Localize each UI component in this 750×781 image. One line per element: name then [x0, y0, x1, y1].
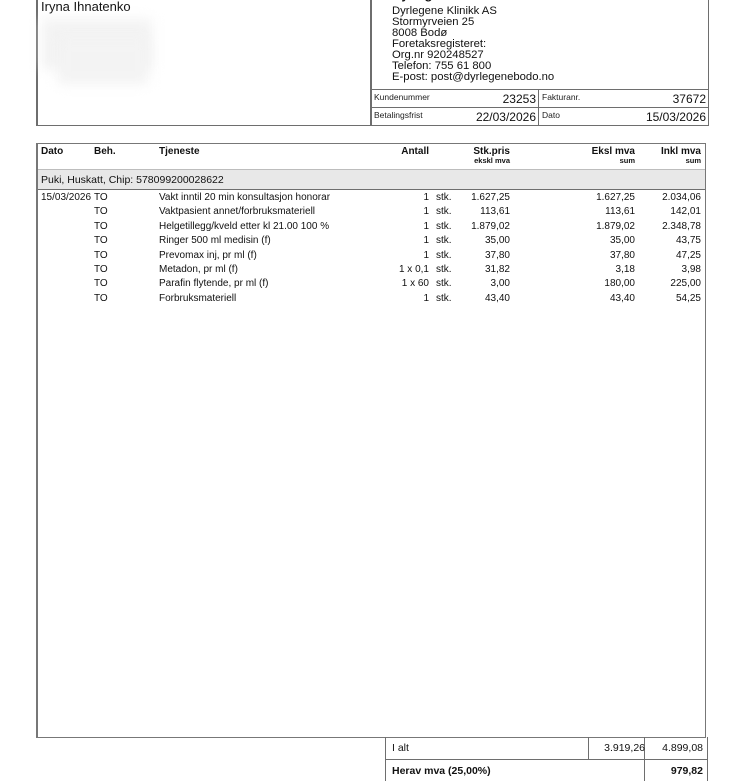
row-qty: 1 [423, 249, 429, 263]
row-beh: TO [94, 277, 108, 291]
row-excl: 1.879,02 [596, 220, 635, 234]
due-date-label: Betalingsfrist [374, 110, 423, 120]
row-incl: 3,98 [682, 263, 701, 277]
table-row: TORinger 500 ml medisin (f)1stk.35,0035,… [38, 234, 705, 248]
row-unit-price: 1.879,02 [471, 220, 510, 234]
row-unit-price: 1.627,25 [471, 191, 510, 205]
clinic-info-box: Dyrlegene Dyrlegene Klinikk AS Stormyrve… [370, 0, 709, 126]
header-incl: Inkl mva sum [661, 146, 701, 165]
row-unit: stk. [436, 220, 452, 234]
patient-group-row: Puki, Huskatt, Chip: 578099200028622 [38, 169, 705, 190]
invoice-items-table: Dato Beh. Tjeneste Antall Stk.pris ekskl… [36, 143, 706, 738]
row-service: Metadon, pr ml (f) [159, 263, 238, 277]
header-date: Dato [41, 146, 63, 157]
customer-number-label: Kundenummer [374, 92, 430, 102]
table-row: TOForbruksmateriell1stk.43,4043,4054,25 [38, 292, 705, 306]
customer-address-box: Iryna Ihnatenko [36, 0, 372, 126]
header-excl: Eksl mva sum [592, 146, 635, 165]
row-excl: 37,80 [610, 249, 635, 263]
header-unit-price: Stk.pris ekskl mva [473, 146, 510, 165]
total-label: I alt [392, 742, 409, 754]
row-qty: 1 x 60 [402, 277, 429, 291]
row-excl: 43,40 [610, 292, 635, 306]
row-excl: 35,00 [610, 234, 635, 248]
row-service: Ringer 500 ml medisin (f) [159, 234, 271, 248]
table-header: Dato Beh. Tjeneste Antall Stk.pris ekskl… [38, 144, 705, 169]
row-excl: 113,61 [605, 205, 635, 219]
table-row: TOVaktpasient annet/forbruksmateriell1st… [38, 205, 705, 219]
row-incl: 2.348,78 [662, 220, 701, 234]
patient-label: Puki, Huskatt, Chip: 578099200028622 [41, 174, 224, 186]
due-date: 22/03/2026 [476, 110, 536, 124]
row-beh: TO [94, 220, 108, 234]
row-incl: 2.034,06 [662, 191, 701, 205]
row-unit: stk. [436, 263, 452, 277]
row-unit-price: 35,00 [485, 234, 510, 248]
invoice-number: 37672 [673, 92, 706, 106]
vat-amount: 979,82 [671, 765, 703, 777]
row-unit-price: 113,61 [480, 205, 510, 219]
clinic-address: Dyrlegene Klinikk AS Stormyrveien 25 800… [392, 6, 554, 83]
row-qty: 1 x 0,1 [399, 263, 429, 277]
vat-label: Herav mva (25,00%) [392, 765, 491, 777]
header-qty: Antall [401, 146, 429, 157]
invoice-date: 15/03/2026 [646, 110, 706, 124]
row-incl: 54,25 [676, 292, 701, 306]
vat-row: Herav mva (25,00%) 979,82 [386, 759, 707, 781]
table-rows: 15/03/2026TOVakt inntil 20 min konsultas… [38, 191, 705, 306]
row-unit-price: 37,80 [485, 249, 510, 263]
row-unit: stk. [436, 277, 452, 291]
total-incl: 4.899,08 [662, 742, 703, 754]
header-service: Tjeneste [159, 146, 200, 157]
row-incl: 142,01 [670, 205, 701, 219]
row-beh: TO [94, 249, 108, 263]
redacted-address-blur [58, 39, 148, 84]
row-qty: 1 [423, 220, 429, 234]
customer-name: Iryna Ihnatenko [41, 0, 131, 14]
header-beh: Beh. [94, 146, 116, 157]
row-qty: 1 [423, 292, 429, 306]
table-row: 15/03/2026TOVakt inntil 20 min konsultas… [38, 191, 705, 205]
totals-box: I alt 3.919,26 4.899,08 Herav mva (25,00… [385, 737, 708, 781]
table-row: TOPrevomax inj, pr ml (f)1stk.37,8037,80… [38, 249, 705, 263]
clinic-title: Dyrlegene [392, 0, 455, 2]
customer-number: 23253 [503, 92, 536, 106]
row-qty: 1 [423, 205, 429, 219]
invoice-number-label: Fakturanr. [542, 92, 580, 102]
row-unit: stk. [436, 292, 452, 306]
header-incl-sub: sum [661, 157, 701, 165]
table-row: TOHelgetillegg/kveld etter kl 21.00 100 … [38, 220, 705, 234]
row-unit-price: 43,40 [485, 292, 510, 306]
customer-number-cell: Kundenummer 23253 [371, 90, 539, 107]
row-beh: TO [94, 292, 108, 306]
total-excl: 3.919,26 [604, 742, 645, 754]
row-excl: 180,00 [604, 277, 635, 291]
invoice-date-cell: Dato 15/03/2026 [539, 108, 708, 125]
row-service: Vakt inntil 20 min konsultasjon honorar [159, 191, 330, 205]
table-row: TOParafin flytende, pr ml (f)1 x 60stk.3… [38, 277, 705, 291]
header-excl-sub: sum [592, 157, 635, 165]
row-unit: stk. [436, 191, 452, 205]
row-incl: 225,00 [670, 277, 701, 291]
row-unit-price: 31,82 [485, 263, 510, 277]
row-service: Parafin flytende, pr ml (f) [159, 277, 268, 291]
invoice-meta: Kundenummer 23253 Fakturanr. 37672 Betal… [371, 89, 708, 125]
row-unit: stk. [436, 205, 452, 219]
header-unit-price-sub: ekskl mva [473, 157, 510, 165]
invoice-date-label: Dato [542, 110, 560, 120]
row-service: Vaktpasient annet/forbruksmateriell [159, 205, 315, 219]
row-unit-price: 3,00 [491, 277, 510, 291]
row-service: Prevomax inj, pr ml (f) [159, 249, 257, 263]
row-service: Forbruksmateriell [159, 292, 236, 306]
row-incl: 47,25 [676, 249, 701, 263]
row-qty: 1 [423, 191, 429, 205]
row-unit: stk. [436, 234, 452, 248]
invoice-number-cell: Fakturanr. 37672 [539, 90, 708, 107]
due-date-cell: Betalingsfrist 22/03/2026 [371, 108, 539, 125]
row-beh: TO [94, 263, 108, 277]
row-beh: TO [94, 191, 108, 205]
row-unit: stk. [436, 249, 452, 263]
row-excl: 1.627,25 [596, 191, 635, 205]
row-incl: 43,75 [676, 234, 701, 248]
total-row: I alt 3.919,26 4.899,08 [386, 737, 707, 759]
row-date: 15/03/2026 [41, 191, 91, 205]
row-beh: TO [94, 234, 108, 248]
row-qty: 1 [423, 234, 429, 248]
row-beh: TO [94, 205, 108, 219]
row-service: Helgetillegg/kveld etter kl 21.00 100 % [159, 220, 329, 234]
clinic-email: E-post: post@dyrlegenebodo.no [392, 72, 554, 83]
table-row: TOMetadon, pr ml (f)1 x 0,1stk.31,823,18… [38, 263, 705, 277]
row-excl: 3,18 [616, 263, 635, 277]
